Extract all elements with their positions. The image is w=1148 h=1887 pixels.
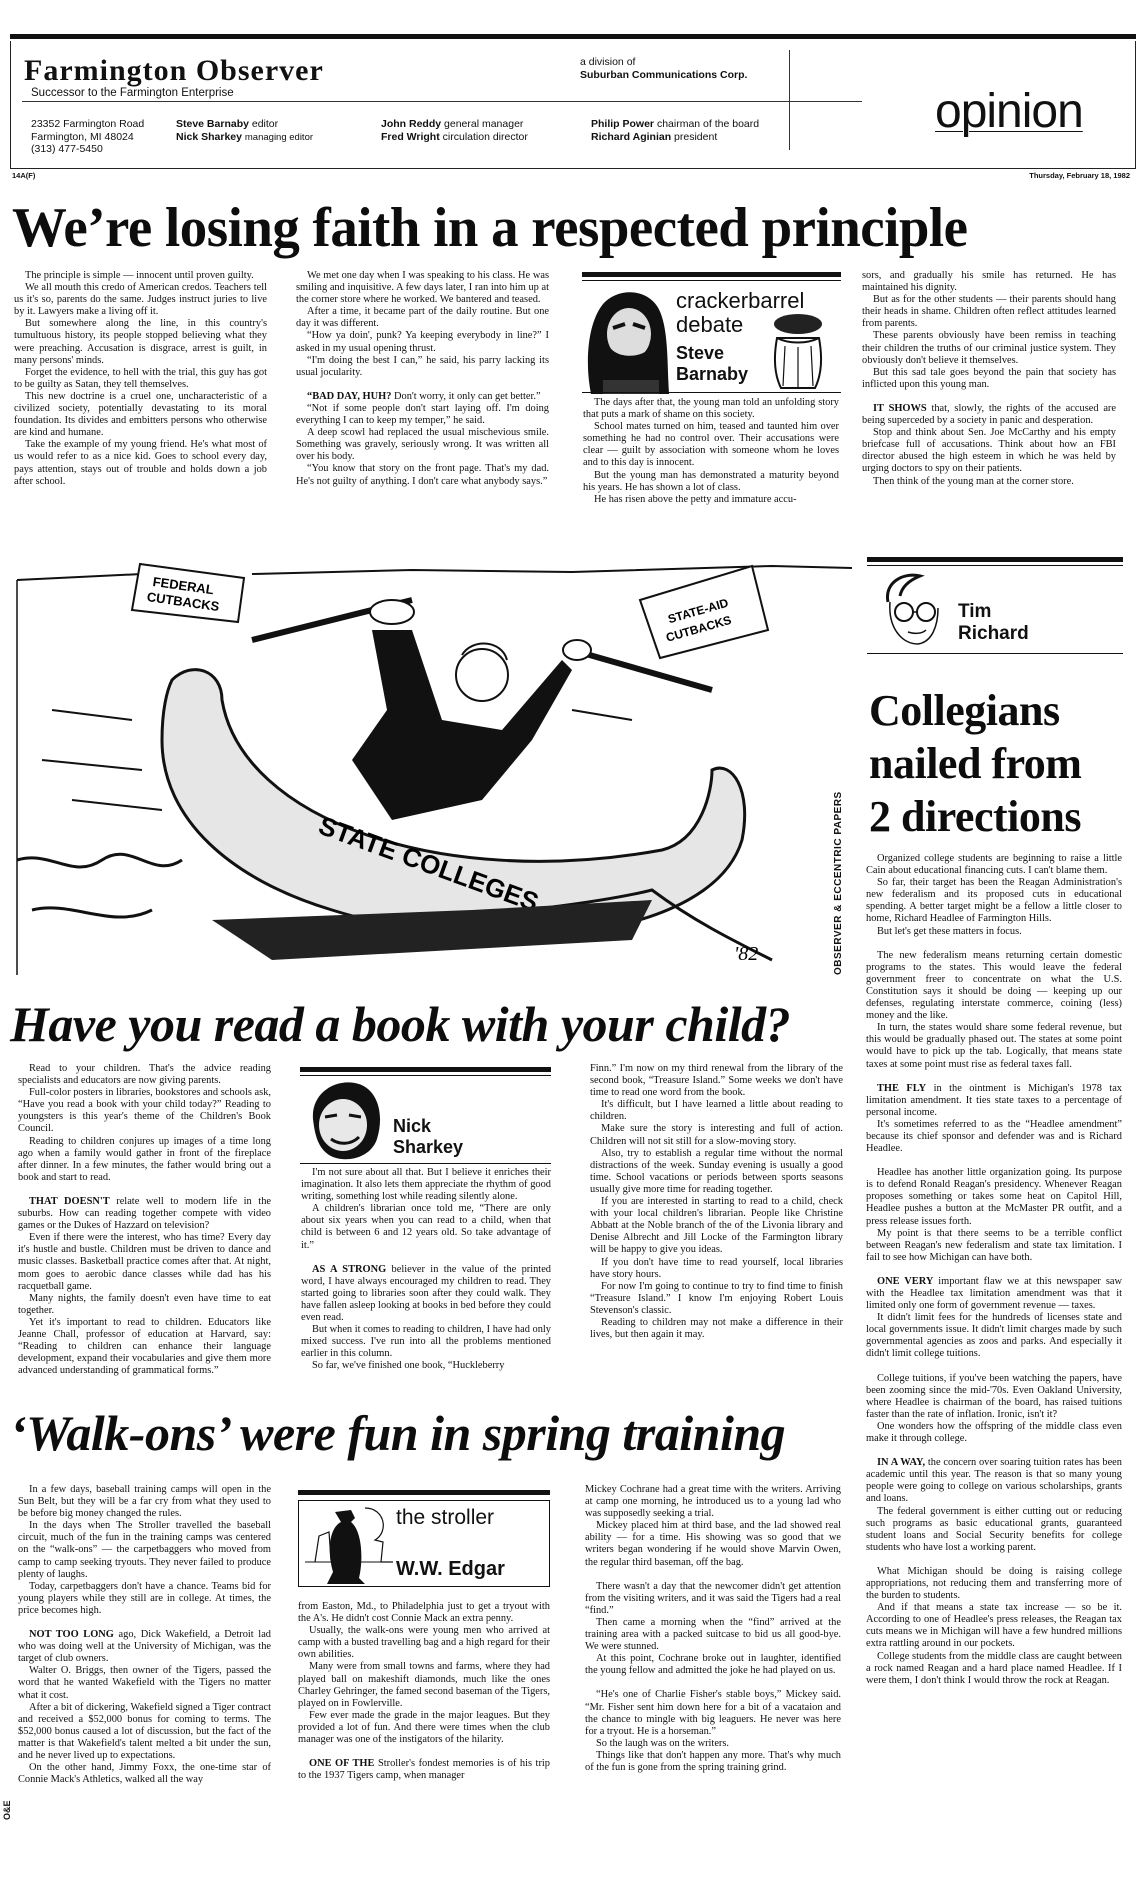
cartoon-credit: OBSERVER & ECCENTRIC PAPERS [833, 740, 847, 975]
column-head-bar [867, 557, 1123, 562]
byline-last: Sharkey [393, 1138, 463, 1157]
masthead-top-rule [10, 34, 1136, 39]
paragraph: It's sometimes referred to as the “Headl… [866, 1119, 1122, 1155]
paragraph: But when it comes to reading to children… [301, 1324, 551, 1360]
paragraph: So far, we've finished one book, “Huckle… [301, 1360, 551, 1372]
paragraph: We all mouth this credo of American cred… [14, 282, 267, 318]
publication-date: Thursday, February 18, 1982 [1029, 171, 1130, 180]
paragraph: Also, try to establish a regular time wi… [590, 1148, 843, 1196]
paragraph: “Not if some people don't start laying o… [296, 403, 549, 427]
paragraph: I'm not sure about all that. But I belie… [301, 1167, 551, 1203]
paragraph: Mickey placed him at third base, and the… [585, 1520, 841, 1568]
paragraph: And if that means a state tax increase —… [866, 1602, 1122, 1650]
column-head-bar [582, 272, 841, 277]
staff-block-1: Steve Barnaby editor Nick Sharkey managi… [176, 118, 313, 144]
staff-block-2: John Reddy general manager Fred Wright c… [381, 118, 528, 143]
subhead-paragraph: “BAD DAY, HUH? Don't worry, it only can … [296, 391, 549, 403]
paragraph: But this sad tale goes beyond the pain t… [862, 367, 1116, 391]
staff-entry: Philip Power chairman of the board [591, 118, 759, 131]
byline-first: Tim [958, 602, 991, 622]
paragraph: Headlee has another little organization … [866, 1167, 1122, 1227]
paragraph: Make sure the story is interesting and f… [590, 1123, 843, 1147]
paragraph: What Michigan should be doing is raising… [866, 1566, 1122, 1602]
headline-article-1: We’re losing faith in a respected princi… [12, 196, 968, 260]
staff-entry: Fred Wright circulation director [381, 131, 528, 144]
stroller-silhouette-icon [305, 1502, 393, 1584]
paragraph: “How ya doin', punk? Ya keeping everybod… [296, 330, 549, 354]
column-head-bottom-rule [582, 392, 841, 393]
paragraph: So the laugh was on the writers. [585, 1738, 841, 1750]
paragraph: My point is that there seems to be a ter… [866, 1228, 1122, 1264]
paragraph: It didn't limit fees for the hundreds of… [866, 1312, 1122, 1360]
page-number: 14A(F) [12, 171, 35, 180]
paragraph: Few ever made the grade in the major lea… [298, 1710, 550, 1746]
paragraph: At this point, Cochrane broke out in lau… [585, 1653, 841, 1677]
paragraph: Stop and think about Sen. Joe McCarthy a… [862, 427, 1116, 475]
paragraph: Full-color posters in libraries, booksto… [18, 1087, 271, 1135]
article-1-column-3: The days after that, the young man told … [583, 397, 839, 506]
article-2-column-3: Finn.” I'm now on my third renewal from … [590, 1063, 843, 1341]
paragraph: For now I'm going to continue to try to … [590, 1281, 843, 1317]
paragraph: Mickey Cochrane had a great time with th… [585, 1484, 841, 1520]
staff-entry: John Reddy general manager [381, 118, 528, 131]
paragraph: Reading to children may not make a diffe… [590, 1317, 843, 1341]
paragraph: If you don't have time to read yourself,… [590, 1257, 843, 1281]
paragraph: The federal government is either cutting… [866, 1506, 1122, 1554]
paragraph: In the days when The Stroller travelled … [18, 1520, 271, 1580]
paragraph: Many were from small towns and farms, wh… [298, 1661, 550, 1709]
article-1-column-1: The principle is simple — innocent until… [14, 270, 267, 488]
address-line: Farmington, MI 48024 [31, 131, 144, 144]
byline: W.W. Edgar [396, 1559, 505, 1580]
cartoon-signature: '82 [734, 943, 758, 965]
paragraph: “He's one of Charlie Fisher's stable boy… [585, 1689, 841, 1737]
headline-line: Collegians [869, 684, 1081, 737]
edition-mark: O&E [2, 1790, 14, 1820]
division-company: Suburban Communications Corp. [580, 69, 747, 82]
paragraph: One wonders how the offspring of the mid… [866, 1421, 1122, 1445]
headline-line: 2 directions [869, 790, 1081, 843]
article-1-column-2: We met one day when I was speaking to hi… [296, 270, 549, 488]
paragraph: Forget the evidence, to hell with the tr… [14, 367, 267, 391]
article-2-column-1: Read to your children. That's the advice… [18, 1063, 271, 1377]
headline-article-2: Have you read a book with your child? [10, 995, 790, 1053]
paragraph: Take the example of my young friend. He'… [14, 439, 267, 487]
paragraph: This new doctrine is a cruel one, unchar… [14, 391, 267, 439]
staff-entry: Nick Sharkey managing editor [176, 131, 313, 145]
paragraph: It's difficult, but I have learned a lit… [590, 1099, 843, 1123]
paragraph: But somewhere along the line, in this co… [14, 318, 267, 366]
subhead-paragraph: IN A WAY, the concern over soaring tuiti… [866, 1457, 1122, 1505]
article-1-column-4: sors, and gradually his smile has return… [862, 270, 1116, 488]
article-3-column-1: In a few days, baseball training camps w… [18, 1484, 271, 1786]
paragraph: A children's librarian once told me, “Th… [301, 1203, 551, 1251]
paragraph: Usually, the walk-ons were young men who… [298, 1625, 550, 1661]
paragraph: We met one day when I was speaking to hi… [296, 270, 549, 306]
editorial-cartoon: FEDERAL CUTBACKS STATE-AID CUTBACKS STAT… [12, 560, 857, 975]
subhead-paragraph: AS A STRONG believer in the value of the… [301, 1264, 551, 1324]
article-3-column-3: Mickey Cochrane had a great time with th… [585, 1484, 841, 1774]
paragraph: “You know that story on the front page. … [296, 463, 549, 487]
paragraph: Even if there were the interest, who has… [18, 1232, 271, 1292]
steve-barnaby-portrait-icon [583, 284, 671, 394]
article-4-column: Organized college students are beginning… [866, 853, 1122, 1687]
paragraph: College students from the middle class a… [866, 1651, 1122, 1687]
column-head-rule [582, 280, 841, 281]
subhead-paragraph: ONE VERY important flaw we at this newsp… [866, 1276, 1122, 1312]
cracker-barrel-icon [763, 310, 833, 392]
paragraph: But the young man has demonstrated a mat… [583, 470, 839, 494]
column-head-bottom-rule [867, 653, 1123, 654]
paragraph: He has risen above the petty and immatur… [583, 494, 839, 506]
division-label: a division of [580, 56, 747, 69]
subhead-paragraph: ONE OF THE Stroller's fondest memories i… [298, 1758, 550, 1782]
column-head-rule [300, 1075, 551, 1076]
paragraph: The principle is simple — innocent until… [14, 270, 267, 282]
column-kicker: crackerbarrel [676, 290, 804, 312]
paragraph: There wasn't a day that the newcomer did… [585, 1581, 841, 1617]
headline-article-4: Collegians nailed from 2 directions [869, 684, 1081, 843]
paragraph: If you are interested in starting to rea… [590, 1196, 843, 1256]
masthead-vertical-divider [789, 50, 790, 150]
column-head-bottom-rule [300, 1163, 551, 1164]
paragraph: “I'm doing the best I can,” he said, his… [296, 355, 549, 379]
paragraph: Finn.” I'm now on my third renewal from … [590, 1063, 843, 1099]
byline-last: Richard [958, 624, 1029, 644]
paragraph: Many nights, the family doesn't even hav… [18, 1293, 271, 1317]
address-line: 23352 Farmington Road [31, 118, 144, 131]
address-block: 23352 Farmington Road Farmington, MI 480… [31, 118, 144, 156]
nick-sharkey-portrait-icon [305, 1079, 385, 1161]
article-3-column-2: from Easton, Md., to Philadelphia just t… [298, 1601, 550, 1782]
paragraph: from Easton, Md., to Philadelphia just t… [298, 1601, 550, 1625]
paragraph: In turn, the states would share some fed… [866, 1022, 1122, 1070]
paragraph: Then came a morning when the “find” arri… [585, 1617, 841, 1653]
section-title: opinion [935, 84, 1083, 139]
paragraph: Yet it's important to read to children. … [18, 1317, 271, 1377]
column-head-bar [300, 1067, 551, 1072]
paragraph: The days after that, the young man told … [583, 397, 839, 421]
division-block: a division of Suburban Communications Co… [580, 56, 747, 81]
masthead-divider-right [574, 101, 789, 102]
paragraph: Reading to children conjures up images o… [18, 1136, 271, 1184]
phone-number: (313) 477-5450 [31, 143, 144, 156]
subhead-paragraph: THAT DOESN'T relate well to modern life … [18, 1196, 271, 1232]
paragraph: Today, carpetbaggers don't have a chance… [18, 1581, 271, 1617]
masthead-tagline: Successor to the Farmington Enterprise [31, 87, 234, 99]
tim-richard-portrait-icon [880, 572, 944, 648]
paragraph: On the other hand, Jimmy Foxx, the one-t… [18, 1762, 271, 1786]
paragraph: But as for the other students — their pa… [862, 294, 1116, 330]
subhead-paragraph: IT SHOWS that, slowly, the rights of the… [862, 403, 1116, 427]
headline-article-3: ‘Walk-ons’ were fun in spring training [10, 1404, 785, 1462]
paragraph: After a time, it became part of the dail… [296, 306, 549, 330]
paragraph: sors, and gradually his smile has return… [862, 270, 1116, 294]
paragraph: College tuitions, if you've been watchin… [866, 1373, 1122, 1421]
column-kicker-2: debate [676, 314, 743, 336]
paragraph: Walter O. Briggs, then owner of the Tige… [18, 1665, 271, 1701]
paragraph: These parents obviously have been remiss… [862, 330, 1116, 366]
subhead-paragraph: THE FLY in the ointment is Michigan's 19… [866, 1083, 1122, 1119]
byline-first: Nick [393, 1117, 431, 1136]
paragraph: Organized college students are beginning… [866, 853, 1122, 877]
newspaper-logo: Farmington Observer [24, 54, 324, 88]
paragraph: Then think of the young man at the corne… [862, 476, 1116, 488]
paragraph: A deep scowl had replaced the usual misc… [296, 427, 549, 463]
paragraph: Things like that don't happen any more. … [585, 1750, 841, 1774]
column-head-bar [298, 1490, 550, 1495]
paragraph: So far, their target has been the Reagan… [866, 877, 1122, 925]
column-kicker: the stroller [396, 1507, 494, 1528]
column-head-rule [867, 565, 1123, 566]
staff-entry: Richard Aginian president [591, 131, 759, 144]
byline-first: Steve [676, 344, 724, 363]
paragraph: In a few days, baseball training camps w… [18, 1484, 271, 1520]
headline-line: nailed from [869, 737, 1081, 790]
byline-last: Barnaby [676, 365, 748, 384]
paragraph: After a bit of dickering, Wakefield sign… [18, 1702, 271, 1762]
paragraph: School mates turned on him, teased and t… [583, 421, 839, 469]
paragraph: But let's get these matters in focus. [866, 926, 1122, 938]
staff-entry: Steve Barnaby editor [176, 118, 313, 131]
article-2-column-2: I'm not sure about all that. But I belie… [301, 1167, 551, 1373]
staff-block-3: Philip Power chairman of the board Richa… [591, 118, 759, 143]
paragraph: The new federalism means returning certa… [866, 950, 1122, 1023]
paragraph: Read to your children. That's the advice… [18, 1063, 271, 1087]
subhead-paragraph: NOT TOO LONG ago, Dick Wakefield, a Detr… [18, 1629, 271, 1665]
